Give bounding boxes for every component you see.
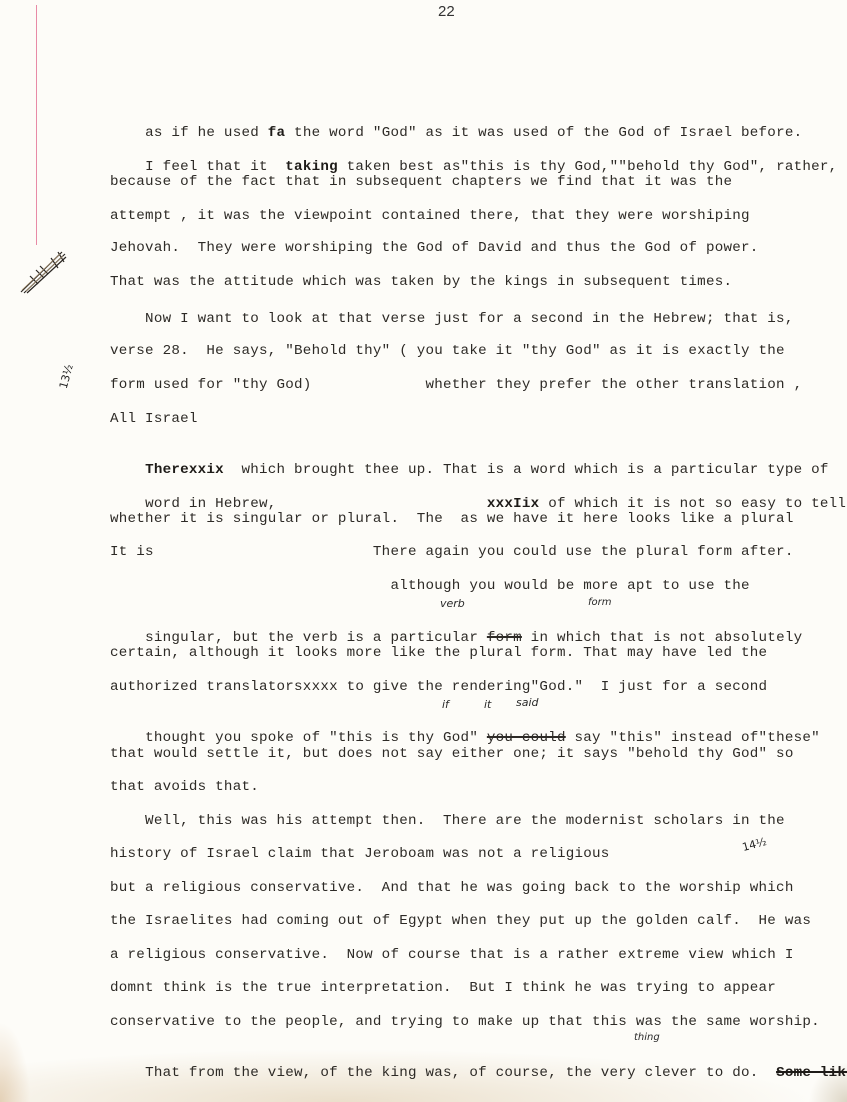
text-line: authorized translatorsxxxx to give the r… [110,678,767,696]
text-line: Well, this was his attempt then. There a… [110,812,785,830]
line-text: say "this" instead of"these" [566,730,820,746]
text-line: domnt think is the true interpretation. … [110,979,776,997]
text-line: Now I want to look at that verse just fo… [110,310,794,328]
handwritten-insertion: thing [634,1032,660,1043]
margin-note-right: 14½ [741,835,768,854]
handwritten-insertion: if [442,698,449,711]
handwritten-strikeout: Some like [776,1065,847,1081]
line-text: as if he used [145,125,268,141]
text-line: although you would be more apt to use th… [110,577,750,595]
document-page: 22 13½ 14½ as if he used fa the word "Go… [0,0,847,1102]
text-line: conservative to the people, and trying t… [110,1013,820,1031]
line-text: That from the view, of the king was, of … [145,1065,776,1081]
page-number: 22 [438,3,455,20]
handwritten-strikeout: you could [487,730,566,746]
typed-strikeout: Therexxix [145,462,224,478]
text-line: but a religious conservative. And that h… [110,879,794,897]
text-line: certain, although it looks more like the… [110,644,767,662]
line-text: the word "God" as it was used of the God… [285,125,802,141]
text-line: a religious conservative. Now of course … [110,946,794,964]
margin-note-left: 13½ [57,363,76,390]
text-line: whether it is singular or plural. The as… [110,510,794,528]
handwritten-insertion: verb [440,597,465,610]
text-line: attempt , it was the viewpoint contained… [110,207,750,225]
handwritten-insertion: form [588,597,612,608]
margin-scribble-icon [18,248,70,296]
text-line: history of Israel claim that Jeroboam wa… [110,845,610,863]
red-margin-line [36,5,37,245]
text-line: the Israelites had coming out of Egypt w… [110,912,811,930]
text-line: It is There again you could use the plur… [110,543,794,561]
handwritten-insertion: said [516,696,539,709]
text-line: That was the attitude which was taken by… [110,273,732,291]
line-text: thought you spoke of "this is thy God" [145,730,487,746]
text-line: that would settle it, but does not say e… [110,745,794,763]
text-line: That from the view, of the king was, of … [110,1046,847,1100]
line-text: which brought thee up. That is a word wh… [224,462,829,478]
typed-strikeout: fa [268,125,286,141]
text-line: form used for "thy God) whether they pre… [110,376,802,394]
text-line: Jehovah. They were worshiping the God of… [110,239,759,257]
text-line: verse 28. He says, "Behold thy" ( you ta… [110,342,785,360]
text-line: All Israel [110,410,198,428]
handwritten-insertion: it [484,698,491,711]
text-line: that avoids that. [110,778,259,796]
text-line: because of the fact that in subsequent c… [110,173,732,191]
